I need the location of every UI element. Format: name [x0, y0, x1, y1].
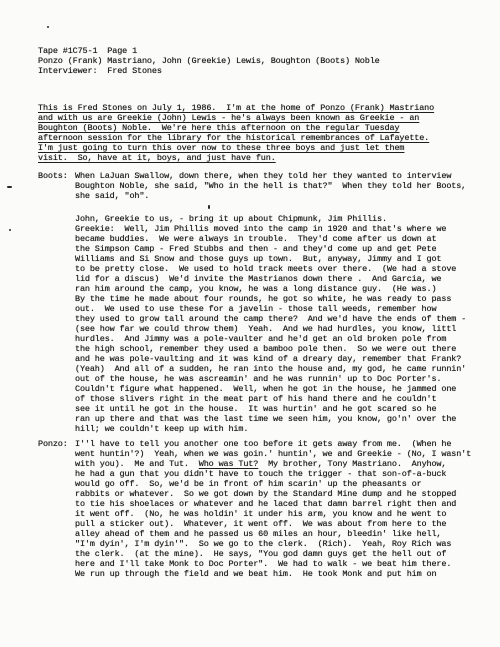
- page-content: Tape #1C75-1 Page 1 Ponzo (Frank) Mastri…: [38, 46, 490, 579]
- ponzo-paragraph-part1: I''l have to tell you another one too be…: [75, 439, 490, 459]
- speaker-block-greekie: John, Greekie to us, - bring it up about…: [38, 214, 490, 434]
- ponzo-line3-underlined-question: Who was Tut?: [199, 459, 258, 469]
- ponzo-paragraph-part2: he had a gun that you didn't have to tou…: [75, 469, 490, 579]
- document-header: Tape #1C75-1 Page 1 Ponzo (Frank) Mastri…: [38, 46, 490, 76]
- speaker-block-boots: Boots: When LaJuan Swallow, down there, …: [38, 171, 490, 201]
- ponzo-line3-post: My brother, Tony Mastriano. Anyhow,: [258, 459, 446, 469]
- ponzo-line-with-underline: with you). Me and Tut. Who was Tut? My b…: [75, 459, 490, 469]
- greekie-paragraph: John, Greekie to us, - bring it up about…: [75, 214, 490, 434]
- ponzo-paragraph: I''l have to tell you another one too be…: [75, 439, 490, 579]
- scan-speck: [9, 229, 11, 231]
- interviewer-introduction: This is Fred Stones on July 1, 1986. I'm…: [38, 103, 490, 163]
- speaker-label-empty: [38, 214, 75, 434]
- tape-number-line: Tape #1C75-1 Page 1: [38, 46, 490, 56]
- speaker-block-ponzo: Ponzo: I''l have to tell you another one…: [38, 439, 490, 579]
- speaker-label-boots: Boots:: [38, 171, 75, 201]
- boots-paragraph: When LaJuan Swallow, down there, when th…: [75, 171, 490, 201]
- scan-speck: [7, 186, 12, 188]
- scan-speck: [47, 26, 49, 28]
- interviewer-line: Interviewer: Fred Stones: [38, 66, 490, 76]
- ponzo-line3-pre: with you). Me and Tut.: [75, 459, 199, 469]
- participants-line: Ponzo (Frank) Mastriano, John (Greekie) …: [38, 56, 490, 66]
- scanned-transcript-page: Tape #1C75-1 Page 1 Ponzo (Frank) Mastri…: [0, 0, 500, 647]
- speaker-label-ponzo: Ponzo:: [38, 439, 75, 579]
